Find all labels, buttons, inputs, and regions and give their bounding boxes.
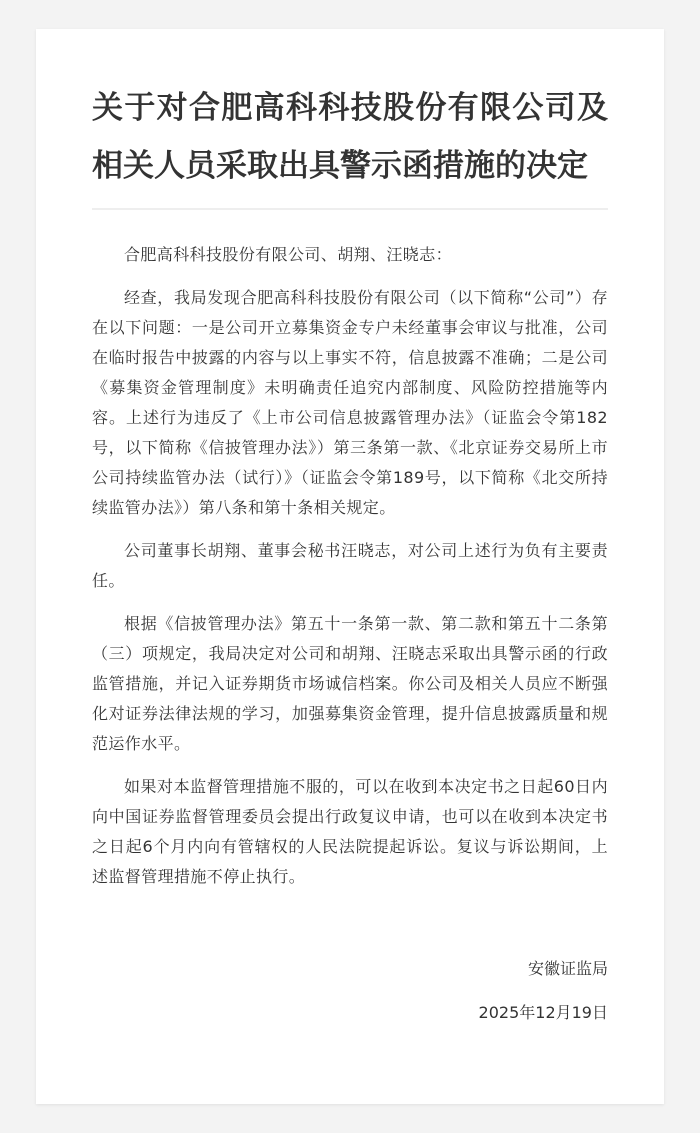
document-body: 合肥高科科技股份有限公司、胡翔、汪晓志： 经查，我局发现合肥高科科技股份有限公司…: [92, 240, 608, 892]
document-card: 关于对合肥高科科技股份有限公司及相关人员采取出具警示函措施的决定 合肥高科科技股…: [36, 29, 664, 1104]
paragraph-responsibility: 公司董事长胡翔、董事会秘书汪晓志，对公司上述行为负有主要责任。: [92, 536, 608, 596]
paragraph-decision: 根据《信披管理办法》第五十一条第一款、第二款和第五十二条第（三）项规定，我局决定…: [92, 609, 608, 759]
signature-block: 安徽证监局 2025年12月19日: [92, 954, 608, 1028]
issue-date: 2025年12月19日: [92, 998, 608, 1028]
document-title: 关于对合肥高科科技股份有限公司及相关人员采取出具警示函措施的决定: [92, 29, 608, 195]
salutation: 合肥高科科技股份有限公司、胡翔、汪晓志：: [92, 240, 608, 270]
paragraph-findings: 经查，我局发现合肥高科科技股份有限公司（以下简称“公司”）存在以下问题：一是公司…: [92, 283, 608, 523]
title-divider: [92, 208, 608, 210]
issuing-organization: 安徽证监局: [92, 954, 608, 984]
paragraph-appeal: 如果对本监督管理措施不服的，可以在收到本决定书之日起60日内向中国证券监督管理委…: [92, 772, 608, 892]
